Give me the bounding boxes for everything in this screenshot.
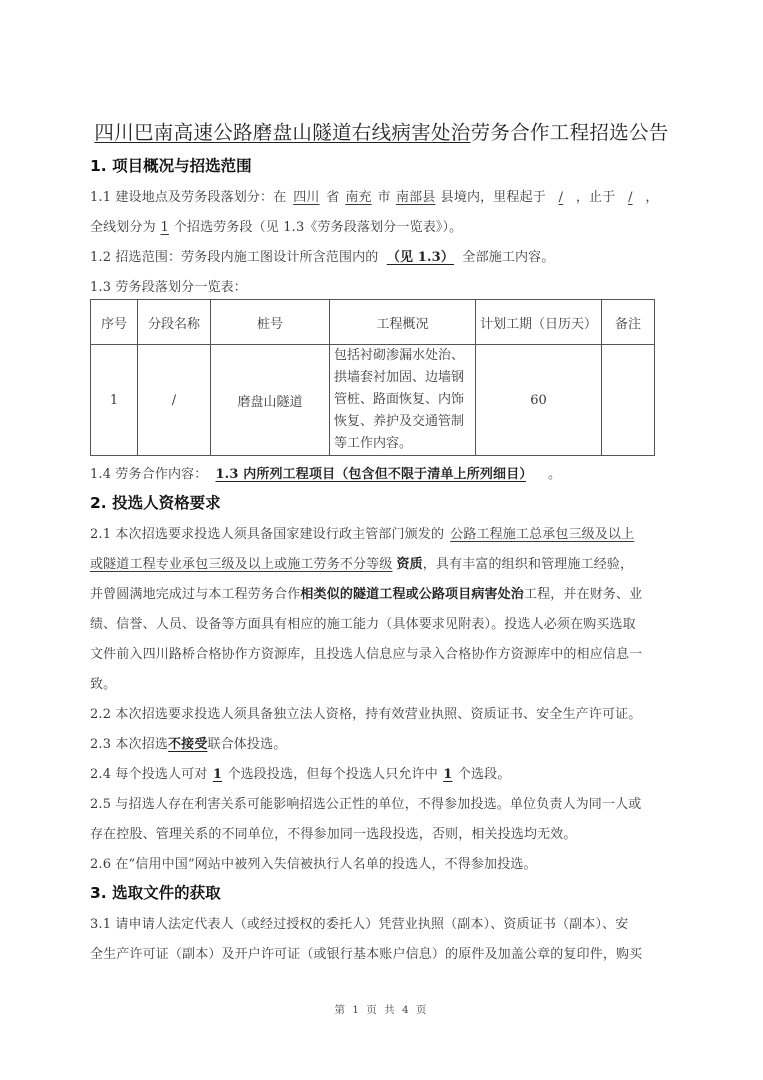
qualification-value: 公路工程施工总承包三级及以上	[444, 527, 634, 542]
paragraph-2-5-line2: 存在控股、管理关系的不同单位，不得参加同一选段投选，否则，相关投选均无效。	[90, 823, 577, 842]
p24-suffix: 个选段。	[458, 767, 511, 782]
p24-text: 个选段投选，但每个投选人只允许中	[227, 767, 437, 782]
p23-prefix: 2.3 本次招选	[90, 737, 168, 752]
p11-prefix: 1.1 建设地点及劳务段落划分：在	[90, 190, 286, 205]
page-title: 四川巴南高速公路磨盘山隧道右线病害处治劳务合作工程招选公告	[0, 117, 763, 145]
paragraph-2-1-line5: 文件前入四川路桥合格协作方资源库，且投选人信息应与录入合格协作方资源库中的相应信…	[90, 643, 642, 662]
section-3-heading: 3. 选取文件的获取	[90, 881, 221, 903]
similar-project-requirement: 相类似的隧道工程或公路项目病害处治	[300, 587, 524, 602]
p11b-prefix: 全线划分为	[90, 220, 156, 235]
paragraph-2-1-line1: 2.1 本次招选要求投选人须具备国家建设行政主管部门颁发的公路工程施工总承包三级…	[90, 523, 634, 542]
section-1-heading: 1. 项目概况与招选范围	[90, 154, 252, 176]
paragraph-2-5-line1: 2.5 与招选人存在利害关系可能影响招选公正性的单位，不得参加投选。单位负责人为…	[90, 793, 641, 812]
paragraph-1-1: 1.1 建设地点及劳务段落划分：在四川省南充市南部县县境内，里程起于/，止于/，	[90, 186, 658, 205]
p11-text: 市	[378, 190, 391, 205]
qualification-label: 资质	[396, 557, 422, 572]
scope-value: （见 1.3）	[378, 246, 462, 265]
p21-text: 工程，并在财务、业	[524, 587, 642, 602]
mileage-start-value: /	[546, 190, 576, 205]
p21-text: 并曾圆满地完成过与本工程劳务合作	[90, 587, 300, 602]
p11-text: 省	[326, 190, 339, 205]
cell-duration: 60	[476, 345, 602, 456]
paragraph-2-1-line3: 并曾圆满地完成过与本工程劳务合作相类似的隧道工程或公路项目病害处治工程，并在财务…	[90, 583, 642, 602]
page-number-footer: 第 1 页 共 4 页	[0, 1002, 763, 1017]
p12-prefix: 1.2 招选范围：劳务段内施工图设计所含范围内的	[90, 250, 378, 265]
labor-content-value: 1.3 内所列工程项目（包含但不限于清单上所列细目）	[207, 467, 548, 482]
p11b-suffix: 个招选劳务段（见 1.3《劳务段落划分一览表》）。	[174, 220, 463, 235]
paragraph-2-1-line2: 或隧道工程专业承包三级及以上或施工劳务不分等级资质，具有丰富的组织和管理施工经验…	[90, 553, 633, 572]
city-value: 南充	[340, 186, 378, 205]
p11-text: ，	[645, 190, 658, 205]
cell-index: 1	[91, 345, 138, 456]
paragraph-2-3: 2.3 本次招选不接受联合体投选。	[90, 733, 286, 752]
p21-prefix: 2.1 本次招选要求投选人须具备国家建设行政主管部门颁发的	[90, 527, 444, 542]
title-underlined: 四川巴南高速公路磨盘山隧道右线病害处治	[94, 121, 470, 144]
county-value: 南部县	[391, 186, 441, 205]
p14-suffix: 。	[548, 467, 561, 482]
col-header-remarks: 备注	[602, 300, 655, 345]
paragraph-2-6: 2.6 在“信用中国”网站中被列入失信被执行人名单的投选人，不得参加投选。	[90, 853, 537, 872]
col-header-station: 桩号	[211, 300, 330, 345]
cell-overview: 包括衬砌渗漏水处治、拱墙套衬加固、边墙钢管桩、路面恢复、内饰恢复、养护及交通管制…	[330, 345, 476, 456]
paragraph-2-1-line6: 致。	[90, 673, 116, 692]
p11-text: ，止于	[576, 190, 615, 205]
province-value: 四川	[286, 186, 326, 205]
bid-segment-count: 1	[207, 767, 227, 782]
mileage-end-value: /	[615, 190, 645, 205]
cell-station: 磨盘山隧道	[211, 345, 330, 456]
cell-segment-name: /	[138, 345, 211, 456]
col-header-overview: 工程概况	[330, 300, 476, 345]
p21-text: ，具有丰富的组织和管理施工经验，	[423, 557, 633, 572]
p11-text: 县境内，里程起于	[441, 190, 546, 205]
section-2-heading: 2. 投选人资格要求	[90, 491, 221, 513]
table-row: 1 / 磨盘山隧道 包括衬砌渗漏水处治、拱墙套衬加固、边墙钢管桩、路面恢复、内饰…	[91, 345, 655, 456]
title-rest: 劳务合作工程招选公告	[471, 121, 669, 144]
segment-table: 序号 分段名称 桩号 工程概况 计划工期（日历天） 备注 1 / 磨盘山隧道 包…	[90, 299, 655, 456]
p12-suffix: 全部施工内容。	[462, 250, 554, 265]
consortium-not-accepted: 不接受	[168, 737, 207, 752]
col-header-index: 序号	[91, 300, 138, 345]
paragraph-1-1-cont: 全线划分为1个招选劳务段（见 1.3《劳务段落划分一览表》）。	[90, 216, 462, 235]
segment-count-value: 1	[156, 220, 174, 235]
p23-suffix: 联合体投选。	[207, 737, 286, 752]
paragraph-3-1-line1: 3.1 请申请人法定代表人（或经过授权的委托人）凭营业执照（副本）、资质证书（副…	[90, 913, 628, 932]
paragraph-2-4: 2.4 每个投选人可对1个选段投选，但每个投选人只允许中1个选段。	[90, 763, 510, 782]
win-segment-count: 1	[438, 767, 458, 782]
table-header-row: 序号 分段名称 桩号 工程概况 计划工期（日历天） 备注	[91, 300, 655, 345]
p24-prefix: 2.4 每个投选人可对	[90, 767, 207, 782]
paragraph-1-3: 1.3 劳务段落划分一览表：	[90, 276, 247, 295]
p14-prefix: 1.4 劳务合作内容：	[90, 467, 207, 482]
paragraph-1-2: 1.2 招选范围：劳务段内施工图设计所含范围内的（见 1.3）全部施工内容。	[90, 246, 554, 265]
paragraph-3-1-line2: 全生产许可证（副本）及开户许可证（或银行基本账户信息）的原件及加盖公章的复印件，…	[90, 943, 642, 962]
paragraph-1-4: 1.4 劳务合作内容：1.3 内所列工程项目（包含但不限于清单上所列细目）。	[90, 463, 561, 482]
paragraph-2-1-line4: 绩、信誉、人员、设备等方面具有相应的施工能力（具体要求见附表）。投选人必须在购买…	[90, 613, 636, 632]
col-header-segment-name: 分段名称	[138, 300, 211, 345]
col-header-duration: 计划工期（日历天）	[476, 300, 602, 345]
paragraph-2-2: 2.2 本次招选要求投选人须具备独立法人资格，持有效营业执照、资质证书、安全生产…	[90, 703, 641, 722]
cell-remarks	[602, 345, 655, 456]
qualification-value-cont: 或隧道工程专业承包三级及以上或施工劳务不分等级	[90, 557, 396, 572]
